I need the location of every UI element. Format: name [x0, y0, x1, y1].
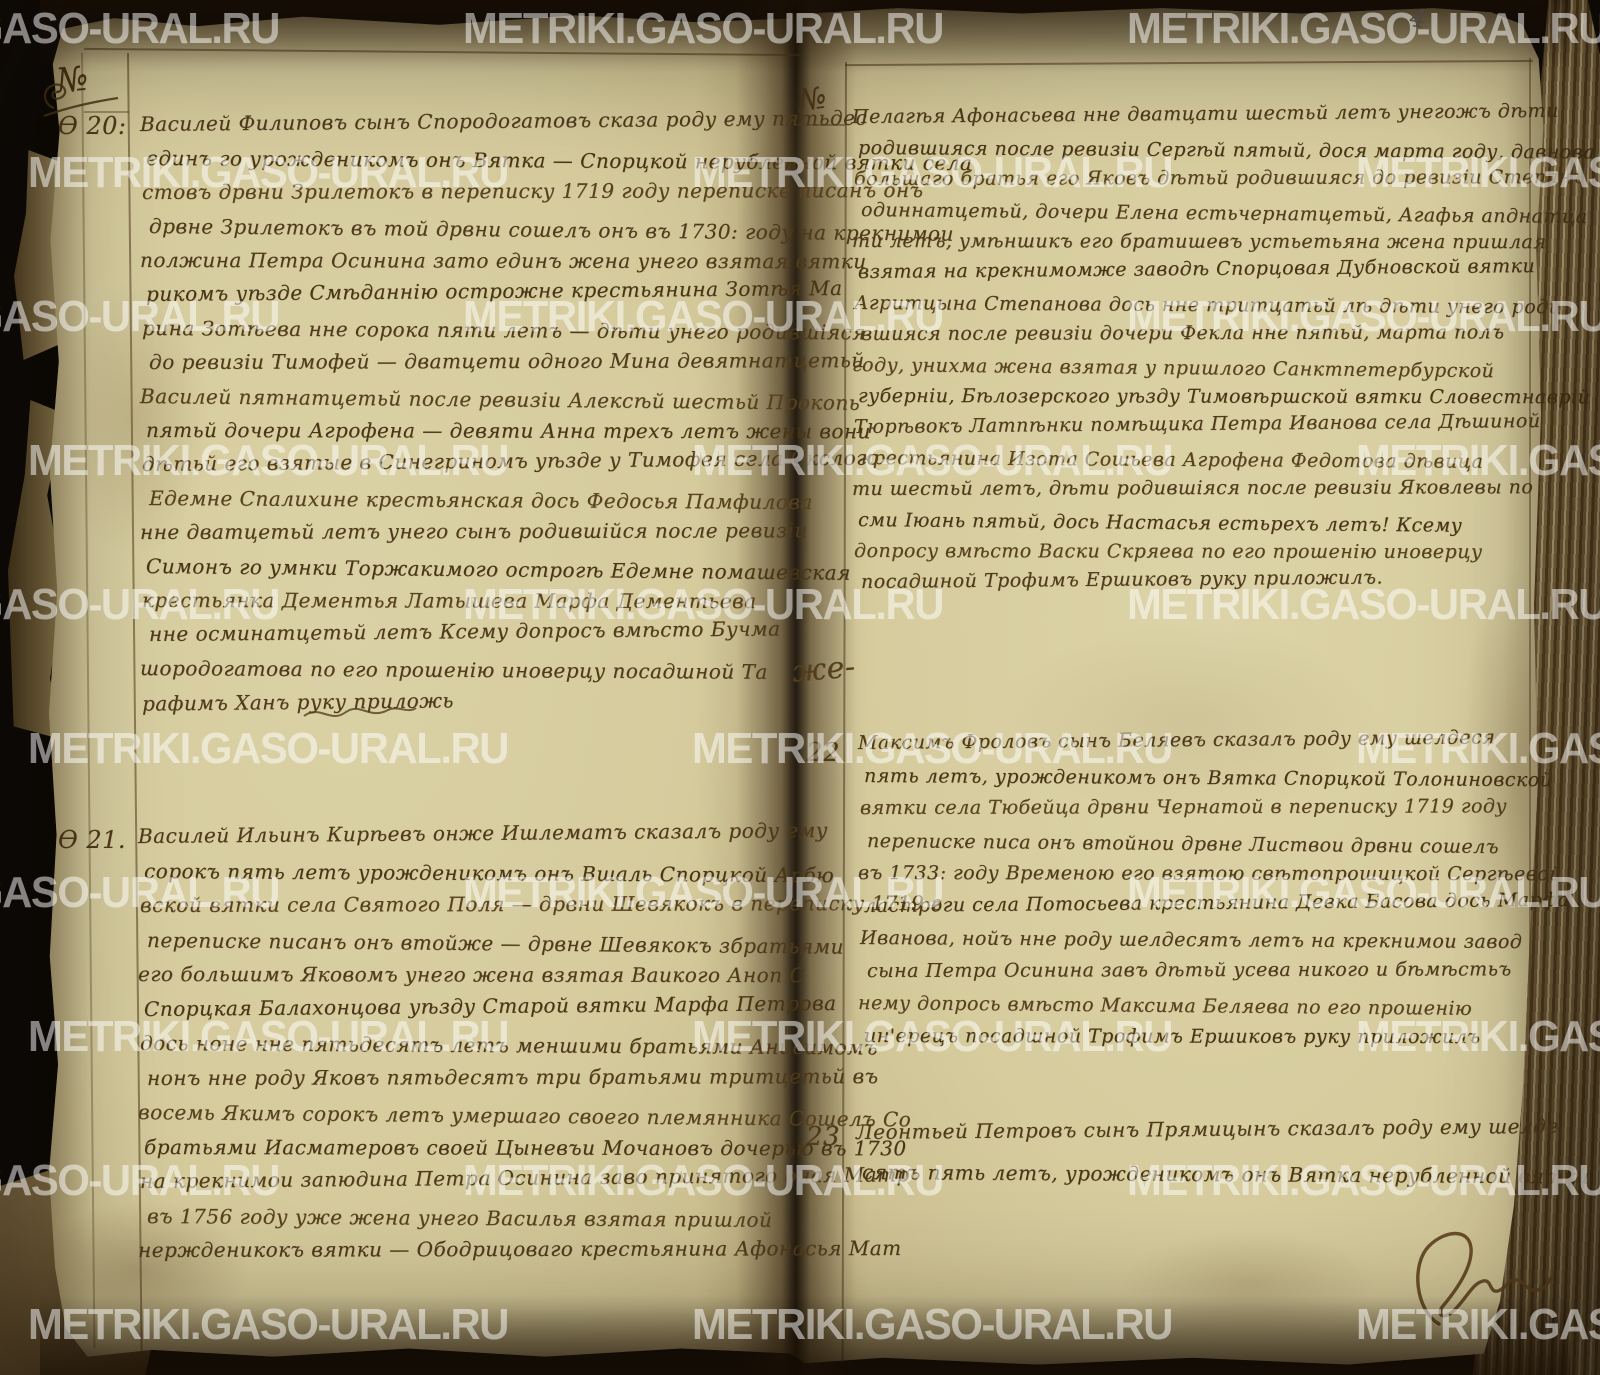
numero-swash-flourish [40, 78, 120, 124]
entry-number-label: 21. [86, 826, 126, 854]
handwritten-line: пять летъ, урожденикомъ онъ Вятка Спорцк… [864, 765, 1553, 791]
handwritten-line: нонъ нне роду Яковъ пятьдесятъ три брать… [147, 1064, 879, 1090]
handwritten-line: единъ го урожденикомъ онъ Вятка — Спорцк… [146, 146, 973, 175]
handwritten-line: допросу вмѣсто Васки Скряева по его прош… [854, 540, 1483, 563]
handwritten-line: до ревизіи Тимофей — дватцети одного Мин… [149, 348, 865, 374]
handwritten-line: Иванова, нойъ нне роду шелдесятъ летъ на… [860, 927, 1522, 953]
handwritten-line: шородогатова по его прошенію иноверцу по… [140, 656, 768, 684]
handwritten-line: губерніи, Бѣлозерского уѣзду Тимовѣршско… [858, 385, 1590, 408]
catchword-zhe: же- [791, 649, 857, 689]
entry-number-21: Ѳ 21. [58, 826, 126, 854]
handwritten-line: вятки села Тюбейца дрвни Чернатой в пере… [860, 795, 1507, 819]
handwritten-line: дось ноне нне пятьдесятъ летъ меншими бр… [140, 1031, 878, 1060]
handwritten-line: родившияся после ревизіи Сергѣй пятый, д… [858, 137, 1595, 164]
handwritten-line: Агритцына Степанова дось нне тритцатьй л… [854, 292, 1562, 318]
handwritten-line: сына Петра Осинина завъ дѣтьй усева нико… [867, 958, 1512, 982]
handwritten-line: вшияся после ревизіи дочери Фекла нне пя… [861, 321, 1504, 345]
handwritten-line: въ 1756 году уже жена унего Василья взят… [147, 1204, 773, 1232]
handwritten-line: рина Зотѣева нне сорока пяти летъ — дѣти… [142, 316, 866, 344]
entry-end-flourish [300, 700, 420, 726]
handwritten-line: ти летъ, умѣншикъ его братишевъ устьетья… [852, 230, 1546, 253]
handwritten-line: ти шестьй летъ, дѣти родившіяся после ре… [852, 476, 1533, 500]
handwritten-line: полжина Петра Осинина зато единъ жена ун… [140, 248, 867, 273]
handwritten-line: въ 1733: году Временою его взятою свѣтоп… [858, 862, 1562, 885]
handwritten-line: Едемне Спалихине крестьянская дось Федос… [149, 486, 813, 514]
handwritten-line: крестьянина Изота Сошьева Агрофена Федот… [861, 447, 1483, 473]
handwritten-line: сорокъ пять летъ урожденикомъ онъ Вшаль … [144, 859, 834, 887]
handwritten-line: сятъ пять летъ, урожденикомъ онъ Вятка н… [862, 1160, 1590, 1188]
handwritten-line: пятьй дочери Агрофена — девяти Анна трех… [146, 418, 871, 443]
handwritten-line: посадшной Трофимъ Ершиковъ руку приложил… [861, 566, 1383, 593]
entry-mark: Ѳ [58, 826, 78, 854]
entry-number-22: 22 [806, 738, 840, 768]
handwritten-line: нне дватцетьй летъ унего сынъ родившійся… [140, 518, 808, 544]
handwritten-line: нержденикокъ вятки — Ободрицоваго кресть… [138, 1236, 902, 1262]
handwritten-line: крестьянка Дементья Латышева Марфа Демен… [142, 588, 757, 613]
handwritten-line: большаго братья его Яковъ дѣтьй родившия… [854, 166, 1585, 190]
handwritten-line: братьями Иасматеровъ своей Цыневъи Мочан… [144, 1135, 907, 1160]
handwritten-line: ин'ерецъ посадшной Трофимъ Ершиковъ руку… [864, 1025, 1481, 1048]
handwritten-line: стовъ дрвни Зрилетокъ в переписку 1719 г… [142, 178, 923, 204]
signature-flourish [1405, 1212, 1555, 1337]
book-scan: № № 4 Ѳ 20: Ѳ 21. 22 23 же- Василей Фили… [0, 0, 1600, 1375]
handwritten-line: вской вятки села Святого Поля — дрвни Ше… [140, 891, 942, 917]
handwritten-line: его большимъ Яковомъ унего жена взятая В… [138, 962, 805, 987]
